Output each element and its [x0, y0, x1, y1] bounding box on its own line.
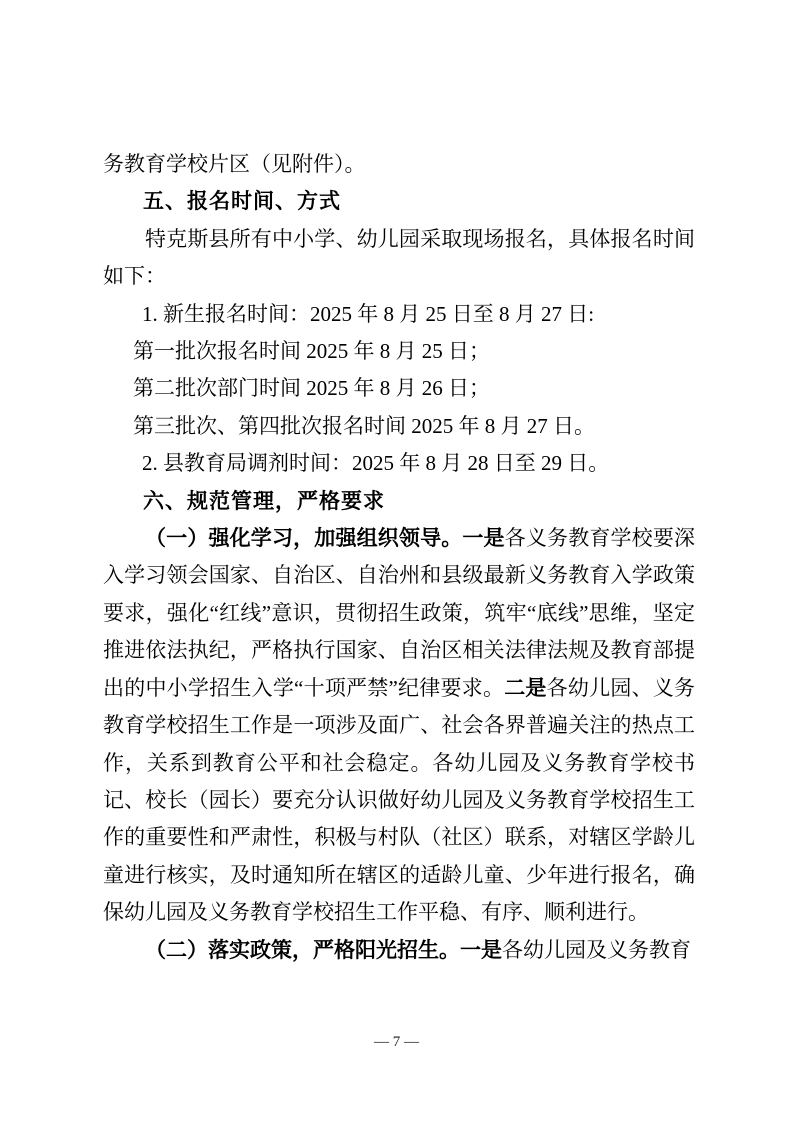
- item-2-adjustment-time: 2. 县教育局调剂时间：2025 年 8 月 28 日至 29 日。: [103, 445, 695, 482]
- item-1-new-student-time: 1. 新生报名时间：2025 年 8 月 25 日至 8 月 27 日:: [103, 296, 695, 333]
- batch-2-line: 第二批次部门时间 2025 年 8 月 26 日；: [103, 370, 695, 407]
- section-6-heading: 六、规范管理，严格要求: [103, 483, 695, 520]
- batch-1-line: 第一批次报名时间 2025 年 8 月 25 日；: [103, 333, 695, 370]
- page-number: — 7 —: [0, 1034, 793, 1051]
- carryover-line: 务教育学校片区（见附件）。: [103, 146, 695, 183]
- para-1-strengthen-learning: （一）强化学习，加强组织领导。一是各义务教育学校要深入学习领会国家、自治区、自治…: [103, 520, 695, 931]
- registration-intro-paragraph: 特克斯县所有中小学、幼儿园采取现场报名，具体报名时间如下：: [103, 221, 695, 296]
- batch-3-line: 第三批次、第四批次报名时间 2025 年 8 月 27 日。: [103, 408, 695, 445]
- para-1-body-text-2: 各幼儿园、义务教育学校招生工作是一项涉及面广、社会各界普遍关注的热点工作，关系到…: [103, 676, 695, 924]
- para-1-body-text-1: 各义务教育学校要深入学习领会国家、自治区、自治州和县级最新义务教育入学政策要求，…: [103, 526, 695, 700]
- para-2-body-text: 各幼儿园及义务教育: [502, 938, 691, 962]
- para-2-lead-bold: （二）落实政策，严格阳光招生。一是: [145, 938, 502, 962]
- section-5-heading: 五、报名时间、方式: [103, 183, 695, 220]
- para-1-second-bold: 二是: [504, 676, 546, 700]
- para-2-implement-policy: （二）落实政策，严格阳光招生。一是各幼儿园及义务教育: [103, 932, 695, 969]
- document-body: 务教育学校片区（见附件）。 五、报名时间、方式 特克斯县所有中小学、幼儿园采取现…: [103, 146, 695, 969]
- para-1-lead-bold: （一）强化学习，加强组织领导。一是: [145, 526, 505, 550]
- document-page: 务教育学校片区（见附件）。 五、报名时间、方式 特克斯县所有中小学、幼儿园采取现…: [0, 0, 793, 1122]
